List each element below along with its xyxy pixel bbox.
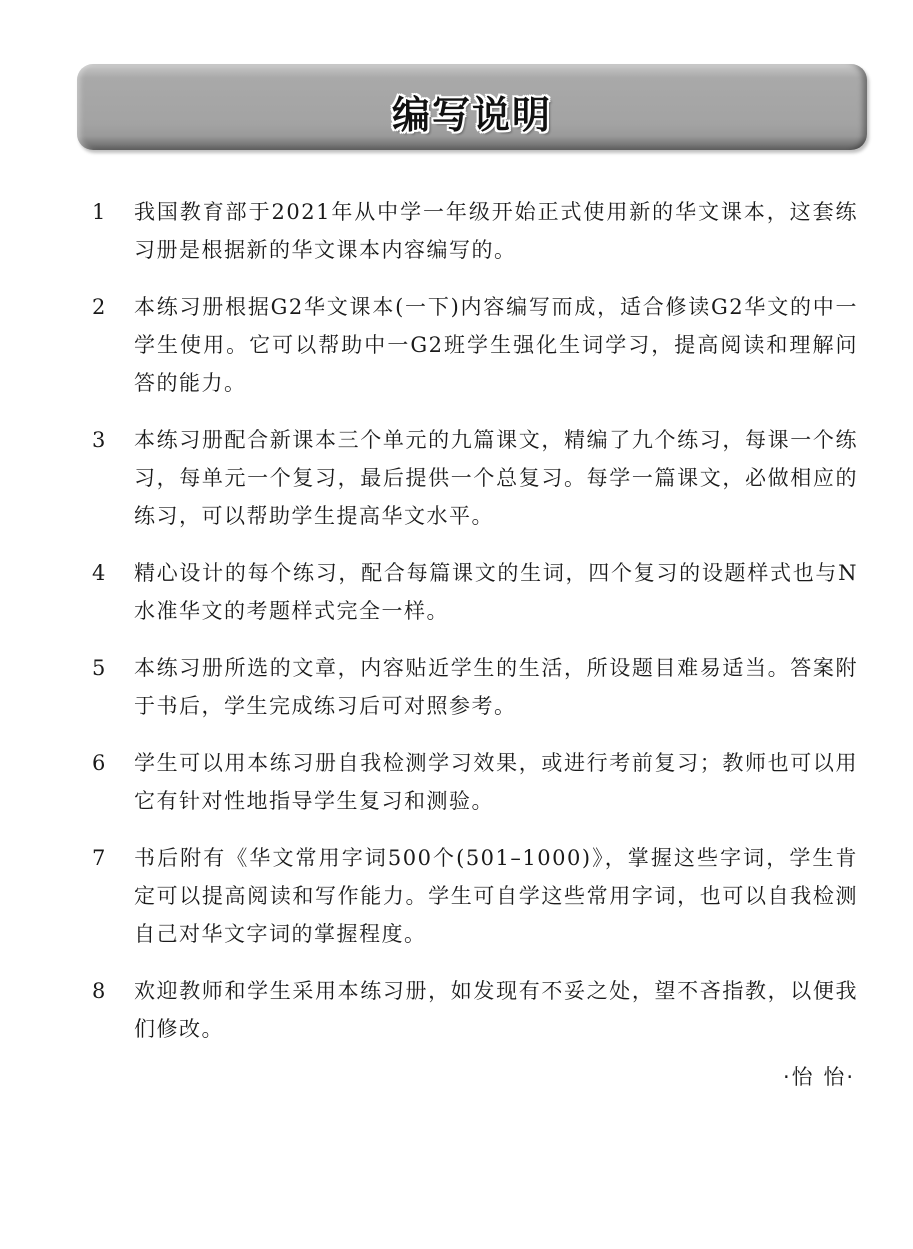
item-text: 我国教育部于2021年从中学一年级开始正式使用新的华文课本，这套练习册是根据新的… [134,193,858,269]
list-item: 1 我国教育部于2021年从中学一年级开始正式使用新的华文课本，这套练习册是根据… [88,193,858,269]
item-number: 2 [88,288,134,402]
item-text: 学生可以用本练习册自我检测学习效果，或进行考前复习；教师也可以用它有针对性地指导… [134,744,858,820]
list-item: 6 学生可以用本练习册自我检测学习效果，或进行考前复习；教师也可以用它有针对性地… [88,744,858,820]
list-item: 2 本练习册根据G2华文课本(一下)内容编写而成，适合修读G2华文的中一学生使用… [88,288,858,402]
item-number: 1 [88,193,134,269]
item-number: 5 [88,649,134,725]
item-text: 本练习册所选的文章，内容贴近学生的生活，所设题目难易适当。答案附于书后，学生完成… [134,649,858,725]
item-number: 7 [88,839,134,953]
list-item: 4 精心设计的每个练习，配合每篇课文的生词，四个复习的设题样式也与N水准华文的考… [88,554,858,630]
list-item: 8 欢迎教师和学生采用本练习册，如发现有不妥之处，望不吝指教，以便我们修改。 [88,972,858,1048]
list-item: 7 书后附有《华文常用字词500个(501–1000)》，掌握这些字词，学生肯定… [88,839,858,953]
list-item: 5 本练习册所选的文章，内容贴近学生的生活，所设题目难易适当。答案附于书后，学生… [88,649,858,725]
item-number: 4 [88,554,134,630]
item-number: 6 [88,744,134,820]
title-banner: 编写说明 [77,64,867,150]
item-number: 3 [88,421,134,535]
item-text: 精心设计的每个练习，配合每篇课文的生词，四个复习的设题样式也与N水准华文的考题样… [134,554,858,630]
item-text: 本练习册根据G2华文课本(一下)内容编写而成，适合修读G2华文的中一学生使用。它… [134,288,858,402]
instructions-list: 1 我国教育部于2021年从中学一年级开始正式使用新的华文课本，这套练习册是根据… [88,193,858,1067]
list-item: 3 本练习册配合新课本三个单元的九篇课文，精编了九个练习，每课一个练习，每单元一… [88,421,858,535]
author-signature: ·怡 怡· [783,1061,855,1091]
page-title: 编写说明 [77,84,867,139]
item-text: 书后附有《华文常用字词500个(501–1000)》，掌握这些字词，学生肯定可以… [134,839,858,953]
item-text: 本练习册配合新课本三个单元的九篇课文，精编了九个练习，每课一个练习，每单元一个复… [134,421,858,535]
item-text: 欢迎教师和学生采用本练习册，如发现有不妥之处，望不吝指教，以便我们修改。 [134,972,858,1048]
item-number: 8 [88,972,134,1048]
